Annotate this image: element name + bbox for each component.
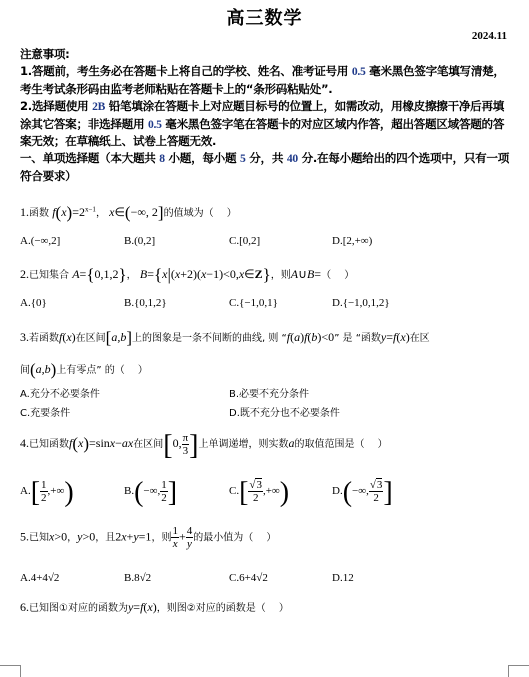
question-3-option-a[interactable]: A.充分不必要条件	[20, 385, 100, 400]
question-1-option-c[interactable]: C.[0,2]	[229, 235, 260, 247]
question-5-option-b[interactable]: B.8√2	[124, 572, 151, 584]
question-3-stem-line-1: 3.若函数f(x)在区间[a,b]上的图象是一条不间断的曲线, 则 “f(a)f…	[20, 328, 430, 348]
exam-date: 2024.11	[472, 30, 507, 42]
question-2-option-b[interactable]: B.{0,1,2}	[124, 297, 167, 309]
question-1-option-a[interactable]: A.(−∞,2]	[20, 235, 60, 247]
question-1-stem: 1.函数 f(x)=2x−1， x∈(−∞, 2]的值域为（ ）	[20, 203, 237, 223]
question-3-option-b[interactable]: B.必要不充分条件	[229, 385, 309, 400]
exam-instructions: 注意事项: 1.答题前，考生务必在答题卡上将自己的学校、姓名、准考证号用 0.5…	[20, 46, 512, 185]
question-3-option-c[interactable]: C.充要条件	[20, 404, 70, 419]
question-5-option-a[interactable]: A.4+4√2	[20, 572, 59, 584]
question-2-stem: 2.已知集合 A={0,1,2}， B={x|(x+2)(x−1)<0,x∈Z}…	[20, 265, 354, 285]
page-corner-mark-right	[508, 665, 529, 677]
question-6-stem: 6.已知图①对应的函数为y=f(x)，则图②对应的函数是（ ）	[20, 599, 289, 615]
question-2-option-c[interactable]: C.{−1,0,1}	[229, 297, 278, 309]
question-1-option-d[interactable]: D.[2,+∞)	[332, 235, 372, 247]
question-3-option-d[interactable]: D.既不充分也不必要条件	[229, 404, 340, 419]
question-2-option-a[interactable]: A.{0}	[20, 297, 47, 309]
page-corner-mark-left	[0, 665, 21, 677]
section-heading: 一、单项选择题（本大题共 8 小题，每小题 5 分，共 40 分.在每小题给出的…	[20, 150, 512, 185]
question-1-option-b[interactable]: B.(0,2]	[124, 235, 155, 247]
instruction-item-1: 1.答题前，考生务必在答题卡上将自己的学校、姓名、准考证号用 0.5 毫米黑色签…	[20, 63, 512, 98]
question-4-option-b[interactable]: B.(−∞,12]	[124, 477, 177, 509]
page-title: 高三数学	[0, 4, 529, 30]
question-5-stem: 5.已知x>0，y>0，且2x+y=1，则1x+4y的最小值为（ ）	[20, 525, 276, 550]
question-5-option-c[interactable]: C.6+4√2	[229, 572, 268, 584]
question-5-option-d[interactable]: D.12	[332, 572, 354, 584]
question-4-option-c[interactable]: C.[√32,+∞)	[229, 477, 289, 509]
instructions-heading: 注意事项:	[20, 46, 512, 63]
question-4-option-a[interactable]: A.[12,+∞)	[20, 477, 74, 509]
question-4-option-d[interactable]: D.(−∞,√32]	[332, 477, 393, 509]
question-2-option-d[interactable]: D.{−1,0,1,2}	[332, 297, 390, 309]
question-4-stem: 4.已知函数f(x)=sinx−ax在区间[0,π3]上单调递增，则实数a的取值…	[20, 430, 388, 462]
instruction-item-2: 2.选择题使用 2B 铅笔填涂在答题卡上对应题目标号的位置上，如需改动，用橡皮擦…	[20, 98, 512, 150]
question-3-stem-line-2: 间(a,b)上有零点” 的（ ）	[20, 360, 148, 380]
